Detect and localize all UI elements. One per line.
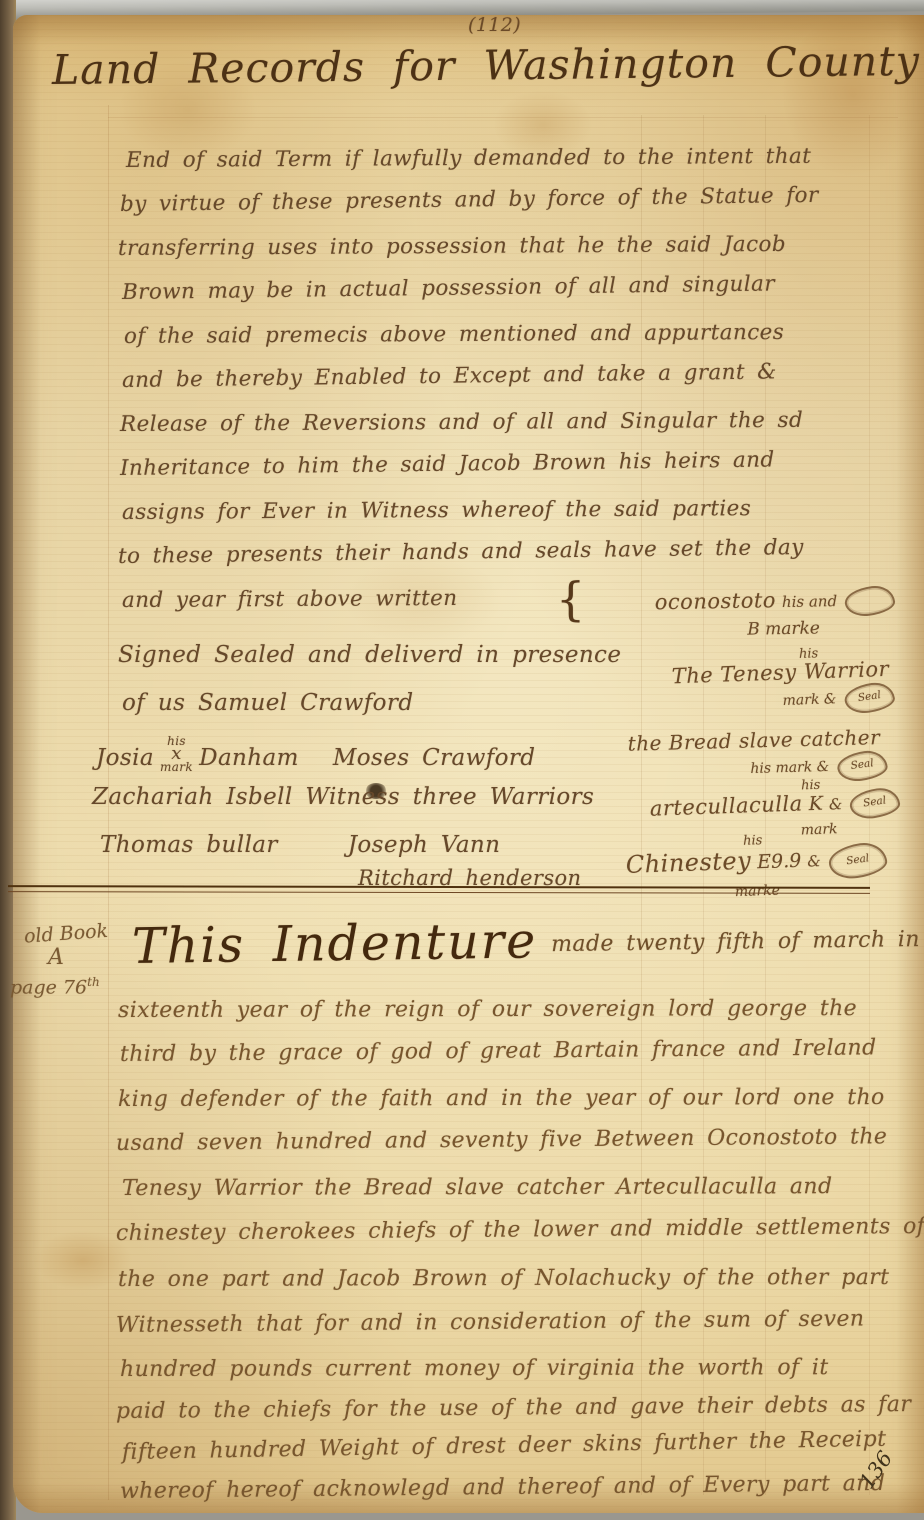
signer-name: oconostoto bbox=[655, 588, 777, 614]
mark-line: mark &Seal bbox=[782, 682, 923, 716]
entry1-line: End of said Term if lawfully demanded to… bbox=[126, 144, 811, 173]
signature-bread-slave-catcher: the Bread slave catcher his mark &Seal bbox=[627, 724, 908, 786]
margin-note-page: page 76th bbox=[10, 970, 115, 999]
witness-danham: Danham bbox=[199, 745, 299, 771]
indenture-opening: This Indenture bbox=[132, 912, 538, 975]
header-title: Land Records for Washington County bbox=[52, 37, 920, 94]
manuscript-scan: (112) Land Records for Washington County… bbox=[0, 0, 924, 1520]
seal-scribble: Seal bbox=[843, 680, 897, 716]
mark-note: his and bbox=[782, 592, 837, 611]
entry2-line: sixteenth year of the reign of our sover… bbox=[118, 996, 857, 1023]
witness-josia: Josia bbox=[96, 745, 154, 771]
seal-scribble: Seal bbox=[848, 786, 902, 822]
witness-josia-danham-row: JosiahisxmarkDanhamMoses Crawford bbox=[96, 736, 535, 772]
witness-moses-crawford: Moses Crawford bbox=[333, 745, 536, 771]
witness-samuel-crawford: of us Samuel Crawford bbox=[122, 690, 413, 716]
header-rule-line bbox=[108, 117, 898, 118]
his-label: his bbox=[801, 777, 919, 791]
margin-note-book: old Book bbox=[9, 918, 115, 949]
witness-thomas-joseph-row: Thomas bullarJoseph Vann bbox=[100, 832, 500, 858]
entry2-line: hundred pounds current money of virginia… bbox=[120, 1355, 829, 1382]
signature-oconostoto: oconostotohis and B marke bbox=[655, 586, 916, 642]
page-number-top: (112) bbox=[468, 14, 521, 36]
entry1-line: transferring uses into possession that h… bbox=[118, 232, 786, 261]
margin-note-page-sup: th bbox=[87, 975, 100, 989]
entry1-line: and year first above written bbox=[122, 586, 458, 613]
witness-thomas-bullar: Thomas bullar bbox=[100, 832, 278, 858]
mark-glyph: K bbox=[808, 793, 823, 815]
ampersand: & bbox=[807, 852, 821, 870]
seal-scribble: Seal bbox=[827, 839, 889, 881]
margin-note-page-text: page 76 bbox=[10, 976, 87, 998]
mark-line: B marke bbox=[747, 617, 915, 640]
margin-note: old Book A page 76th bbox=[10, 922, 115, 999]
signer-name: artecullaculla bbox=[649, 791, 803, 820]
entry1-line: of the said premecis above mentioned and… bbox=[124, 320, 784, 349]
margin-note-letter: A bbox=[10, 946, 115, 970]
entry2-line: king defender of the faith and in the ye… bbox=[118, 1085, 885, 1112]
witness-joseph-vann: Joseph Vann bbox=[348, 832, 501, 858]
entry2-opening-line: This Indenturemade twenty fifth of march… bbox=[132, 906, 924, 975]
signature-tenesy-warrior: his The Tenesy Warrior mark &Seal bbox=[671, 646, 923, 720]
record-book-header: Land Records for Washington Countyagust … bbox=[52, 35, 924, 94]
witness-zachariah-isbell: Zachariah Isbell Witness three Warriors bbox=[92, 784, 594, 810]
mark-note: mark & bbox=[782, 691, 836, 709]
seal-scribble bbox=[844, 584, 897, 619]
entry1-line: Release of the Reversions and of all and… bbox=[120, 408, 803, 437]
entry1-line: assigns for Ever in Witness whereof the … bbox=[122, 496, 751, 525]
mark-glyph: E9.9 bbox=[757, 850, 802, 874]
witness-heading: Signed Sealed and deliverd in presence bbox=[118, 642, 621, 668]
danham-his-mark: hisxmark bbox=[160, 736, 193, 772]
indenture-opening-rest: made twenty fifth of march in the bbox=[551, 926, 924, 957]
entry2-line: the one part and Jacob Brown of Nolachuc… bbox=[118, 1265, 889, 1292]
mark-below: mark bbox=[160, 760, 193, 774]
mark-note: his mark & bbox=[750, 759, 829, 777]
signer-name: Chinestey bbox=[625, 847, 751, 879]
entry2-line: Tenesy Warrior the Bread slave catcher A… bbox=[122, 1174, 832, 1201]
closing-brace: { bbox=[556, 572, 586, 626]
ampersand: & bbox=[829, 795, 843, 813]
